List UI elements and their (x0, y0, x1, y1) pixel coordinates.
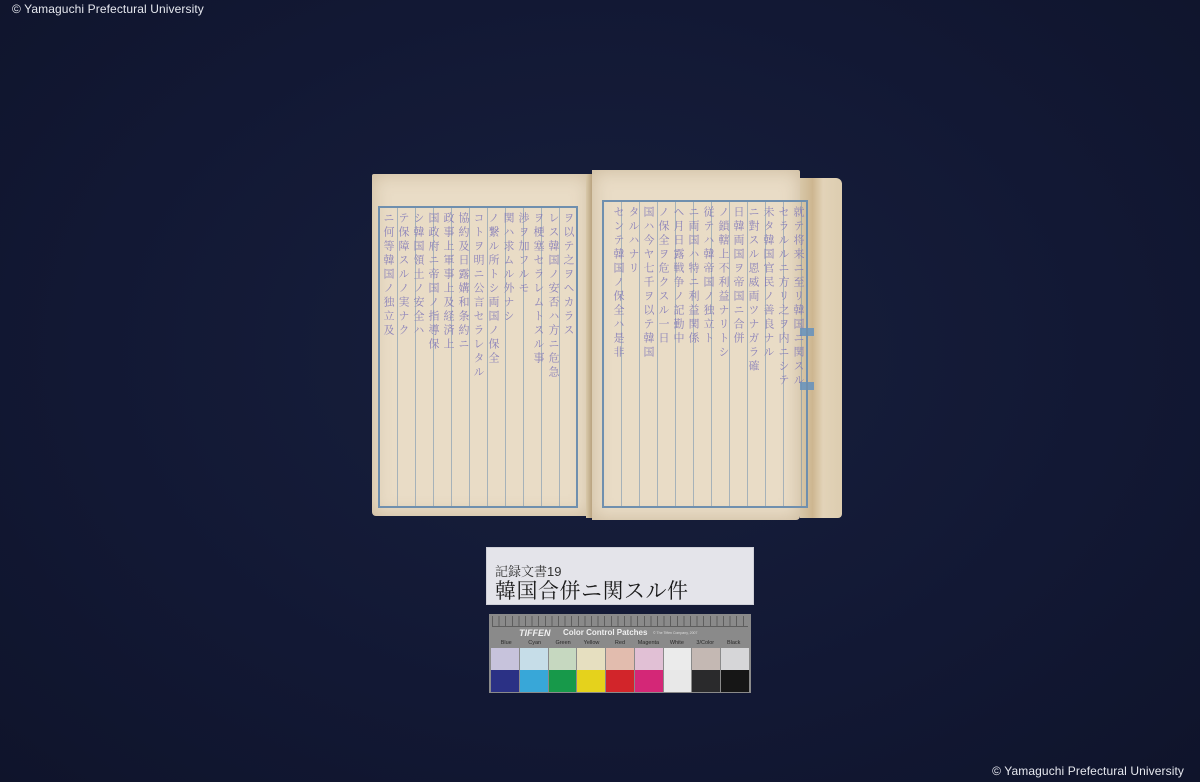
manuscript-column: シ韓国領土ノ安全ハ (413, 212, 424, 338)
manuscript-column: タルハナリ (628, 206, 639, 276)
manuscript-column: レス韓国ノ安否ハ方ニ危急 (548, 212, 559, 380)
manuscript-column: コトヲ明ニ公言セラレタル (473, 212, 484, 380)
color-patch-light-magenta (635, 648, 663, 670)
color-patch-dark-magenta (635, 670, 663, 692)
manuscript-column: ニ對スル恩威両ツナガラ確 (748, 206, 759, 374)
copyright-watermark-top: © Yamaguchi Prefectural University (12, 2, 204, 16)
patch-label: Magenta (634, 640, 662, 646)
color-patch-light-blue (491, 648, 519, 670)
color-patch-dark-white (664, 670, 692, 692)
copyright-watermark-bottom: © Yamaguchi Prefectural University (992, 764, 1184, 778)
patch-label: Cyan (520, 640, 548, 646)
color-patch-light-3-color (692, 648, 720, 670)
manuscript-column: テ保障スルノ実ナク (398, 212, 409, 338)
manuscript-column: 国政府ニ帝国ノ指導保 (428, 212, 439, 352)
manuscript-column: ヘ月日露戦争ノ記勤中 (673, 206, 684, 346)
manuscript-column: ノ保全ヲ危クスル一日 (658, 206, 669, 346)
color-patch-dark-green (549, 670, 577, 692)
card-brand-logo: TIFFEN (519, 628, 551, 638)
manuscript-column: センテ韓国ノ保全ハ是非 (613, 206, 624, 360)
color-patch-dark-3-color (692, 670, 720, 692)
manuscript-book: ヲ以テ之ヲヘカラスレス韓国ノ安否ハ方ニ危急ヲ梗塞セラレムトスル事渉ヲ加フルモ関ハ… (368, 170, 846, 522)
card-copyright: © The Tiffen Company, 2007 (653, 631, 697, 635)
manuscript-column: ノ繋ル所トシ両国ノ保全 (488, 212, 499, 366)
color-patch-light-black (721, 648, 749, 670)
patch-label: Green (549, 640, 577, 646)
manuscript-column: ニ両国ハ特ニ利益関係 (688, 206, 699, 346)
manuscript-column: 政事上軍事上及経済上 (443, 212, 454, 352)
manuscript-column: セラルルニ方リ之ヲ内ニシテ (778, 206, 789, 388)
color-patch-dark-yellow (577, 670, 605, 692)
color-patch-dark-blue (491, 670, 519, 692)
manuscript-column: 渉ヲ加フルモ (518, 212, 529, 296)
patch-label: Red (606, 640, 634, 646)
left-page: ヲ以テ之ヲヘカラスレス韓国ノ安否ハ方ニ危急ヲ梗塞セラレムトスル事渉ヲ加フルモ関ハ… (372, 174, 590, 516)
color-patch-dark-black (721, 670, 749, 692)
manuscript-column: 未タ韓国官民ノ善良ナル (763, 206, 774, 360)
color-patch-dark-cyan (520, 670, 548, 692)
patch-row-dark (491, 670, 749, 692)
color-control-card: TIFFEN Color Control Patches © The Tiffe… (489, 614, 751, 693)
color-patch-light-cyan (520, 648, 548, 670)
card-title: Color Control Patches (563, 628, 647, 637)
patch-label: Black (720, 640, 748, 646)
patch-label: 3/Color (691, 640, 719, 646)
manuscript-column: ノ鎖轄上不利益ナリトシ (718, 206, 729, 360)
left-page-ruled-grid: ヲ以テ之ヲヘカラスレス韓国ノ安否ハ方ニ危急ヲ梗塞セラレムトスル事渉ヲ加フルモ関ハ… (378, 206, 578, 508)
manuscript-column: ヲ以テ之ヲヘカラス (563, 212, 574, 338)
color-patch-light-yellow (577, 648, 605, 670)
color-patch-light-white (664, 648, 692, 670)
card-ruler (492, 616, 748, 627)
manuscript-column: ヲ梗塞セラレムトスル事 (533, 212, 544, 366)
patch-label: Yellow (577, 640, 605, 646)
manuscript-column: 関ハ求ムル外ナシ (503, 212, 514, 324)
color-patch-light-red (606, 648, 634, 670)
manuscript-column: 従テハ韓帝国ノ独立ト (703, 206, 714, 346)
manuscript-column: 協約及日露媾和条約ニ (458, 212, 469, 352)
document-label: 記録文書19 韓国合併ニ関スル件 (486, 547, 754, 605)
patch-label: Blue (492, 640, 520, 646)
color-patch-dark-red (606, 670, 634, 692)
patch-label: White (663, 640, 691, 646)
document-title: 韓国合併ニ関スル件 (495, 575, 689, 605)
right-page: 就テ将来ニ至リ韓国ニ関スルセラルルニ方リ之ヲ内ニシテ未タ韓国官民ノ善良ナルニ對ス… (592, 170, 800, 520)
color-patch-light-green (549, 648, 577, 670)
manuscript-column: ニ何等韓国ノ独立及 (383, 212, 394, 338)
manuscript-column: 就テ将来ニ至リ韓国ニ関スル (793, 206, 804, 388)
patch-labels: BlueCyanGreenYellowRedMagentaWhite3/Colo… (492, 640, 748, 646)
patch-row-light (491, 648, 749, 670)
manuscript-column: 日韓両国ヲ帝国ニ合併 (733, 206, 744, 346)
right-page-ruled-grid: 就テ将来ニ至リ韓国ニ関スルセラルルニ方リ之ヲ内ニシテ未タ韓国官民ノ善良ナルニ對ス… (602, 200, 808, 508)
manuscript-column: 国ハ今ヤ七千ヲ以テ韓国 (643, 206, 654, 360)
